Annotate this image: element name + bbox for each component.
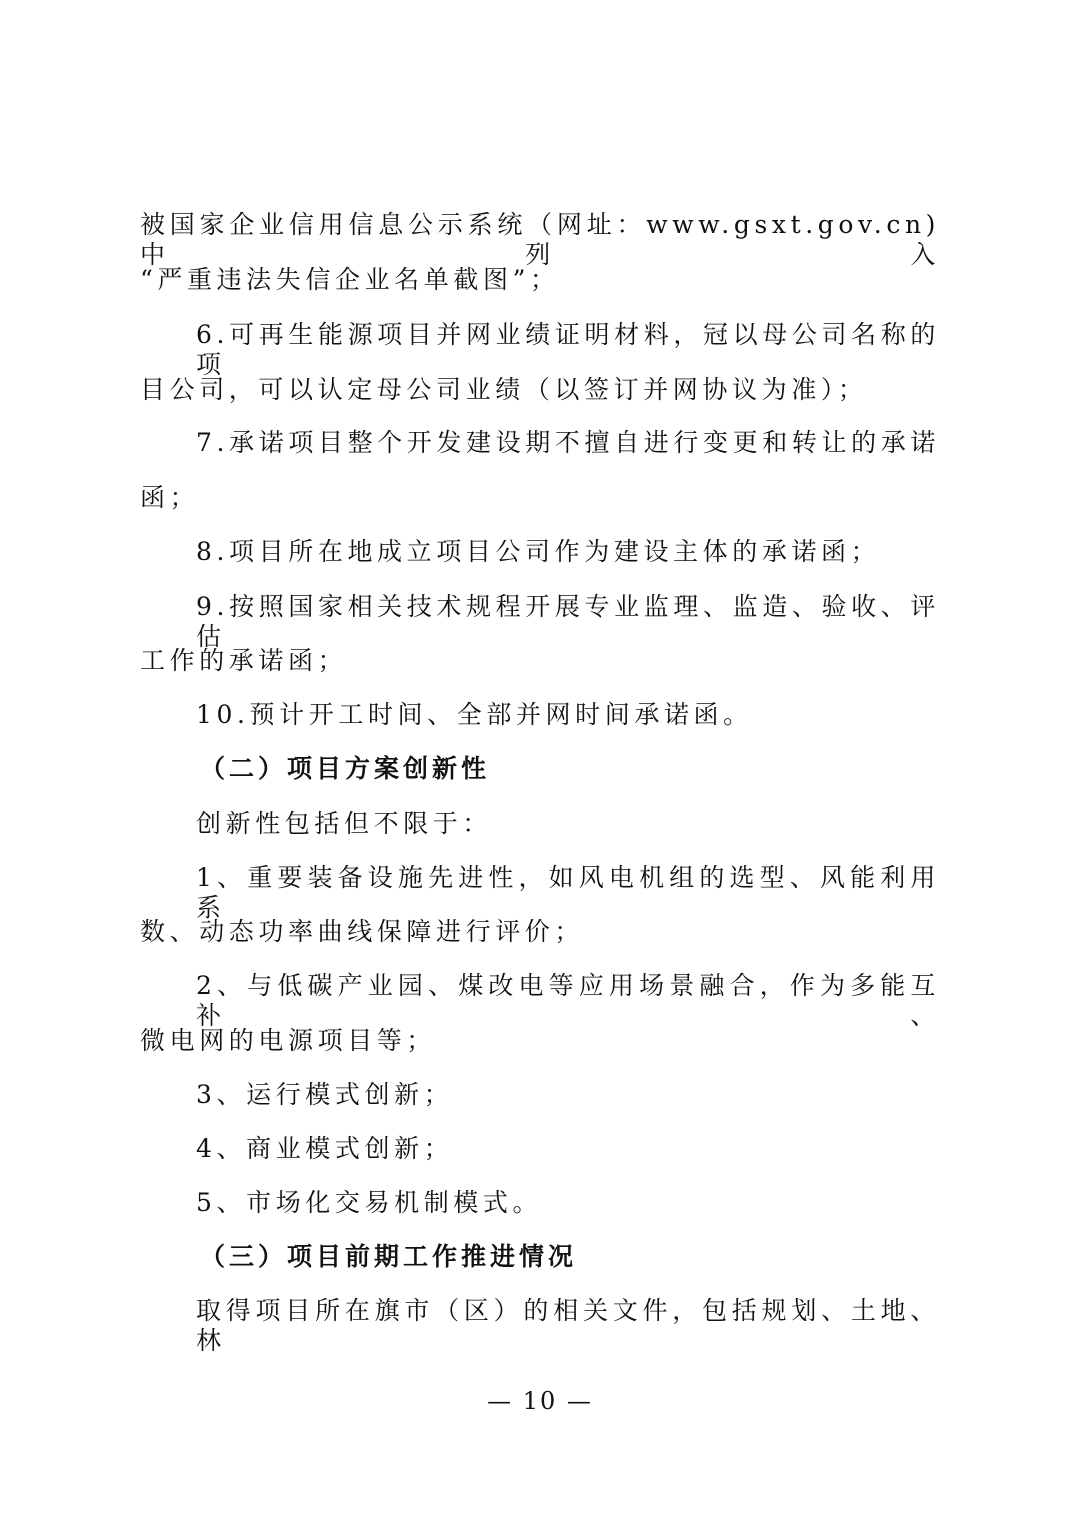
- list-item-10: 10.预计开工时间、全部并网时间承诺函。: [196, 700, 940, 730]
- innovation-item-2-line-1: 2、与低碳产业园、煤改电等应用场景融合，作为多能互补、: [196, 971, 940, 1031]
- list-item-7-line-2: 函；: [140, 483, 940, 513]
- innovation-intro: 创新性包括但不限于：: [196, 809, 940, 839]
- document-page: 被国家企业信用信息公示系统（网址：www.gsxt.gov.cn)中列入 “严重…: [0, 0, 1080, 1526]
- list-item-9-line-2: 工作的承诺函；: [140, 646, 940, 676]
- list-item-8: 8.项目所在地成立项目公司作为建设主体的承诺函；: [196, 537, 940, 567]
- preliminary-work-line-1: 取得项目所在旗市（区）的相关文件，包括规划、土地、林: [196, 1296, 940, 1356]
- section-heading-3: （三）项目前期工作推进情况: [200, 1242, 1000, 1272]
- paragraph-line-2: “严重违法失信企业名单截图”；: [140, 265, 940, 295]
- list-item-6-line-2: 目公司，可以认定母公司业绩（以签订并网协议为准）；: [140, 375, 940, 405]
- page-number: — 10 —: [0, 1386, 1080, 1416]
- list-item-6-line-1: 6.可再生能源项目并网业绩证明材料，冠以母公司名称的项: [196, 320, 940, 380]
- list-item-9-line-1: 9.按照国家相关技术规程开展专业监理、监造、验收、评估: [196, 592, 940, 652]
- section-heading-2: （二）项目方案创新性: [200, 754, 1000, 784]
- innovation-item-1-line-1: 1、重要装备设施先进性，如风电机组的选型、风能利用系: [196, 863, 940, 923]
- innovation-item-1-line-2: 数、动态功率曲线保障进行评价；: [140, 917, 940, 947]
- innovation-item-4: 4、商业模式创新；: [196, 1134, 940, 1164]
- innovation-item-2-line-2: 微电网的电源项目等；: [140, 1026, 940, 1056]
- innovation-item-5: 5、市场化交易机制模式。: [196, 1188, 940, 1218]
- innovation-item-3: 3、运行模式创新；: [196, 1080, 940, 1110]
- paragraph-line-1: 被国家企业信用信息公示系统（网址：www.gsxt.gov.cn)中列入: [140, 210, 940, 270]
- list-item-7-line-1: 7.承诺项目整个开发建设期不擅自进行变更和转让的承诺: [196, 428, 940, 458]
